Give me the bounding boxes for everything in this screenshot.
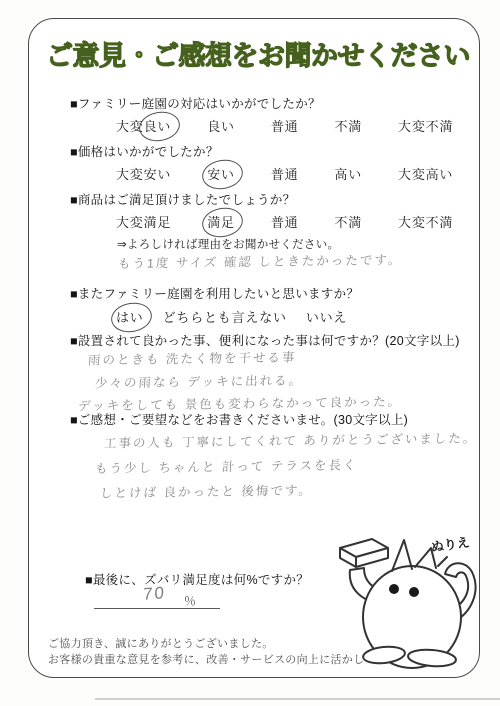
q3-option-very-dissatisfied: 大変不満 (398, 212, 453, 231)
q3-option-satisfied: 満足 (207, 215, 235, 230)
question-2-options: 大変安い 安い 普通 高い 大変高い (116, 164, 453, 183)
question-3-label: ■商品はご満足頂けましたでしょうか？ (70, 190, 295, 208)
question-6-handwritten-line2: もう少し ちゃんと 計って テラスを長く (95, 455, 359, 477)
question-5-label: ■設置されて良かった事、便利になった事は何ですか？(20文字以上) (70, 331, 460, 349)
q2-option-very-expensive: 大変高い (398, 164, 453, 183)
q1-option-very-dissatisfied: 大変不満 (398, 116, 453, 135)
form-title: ご意見・ご感想をお聞かせください (46, 34, 474, 73)
q2-option-expensive: 高い (334, 164, 362, 183)
q1-selected-circle: 良い (144, 116, 172, 135)
question-7-percent-sign: ％ (184, 592, 196, 609)
q2-selected-circle: 安い (207, 164, 235, 183)
q2-option-very-cheap: 大変安い (116, 164, 171, 183)
question-7-label: ■最後に、ズバリ満足度は何%ですか？ (85, 570, 309, 588)
question-1-options: 大変良い 良い 普通 不満 大変不満 (116, 116, 453, 135)
question-4-label: ■またファミリー庭園を利用したいと思いますか？ (70, 284, 359, 302)
q3-option-very-satisfied: 大変満足 (116, 212, 171, 231)
q3-option-dissatisfied: 不満 (334, 212, 362, 231)
mascot-character-illustration: ぬりえ (332, 518, 492, 683)
q4-option-yes: はい (116, 310, 144, 325)
scan-edge-line (95, 698, 500, 700)
question-5-handwritten-line1: 雨のときも 洗たく物を干せる事 (88, 348, 297, 369)
mascot-right-eye (409, 587, 419, 597)
question-3-followup: ⇒よろしければ理由をお聞かせください。 (117, 236, 339, 252)
q3-option-normal: 普通 (271, 212, 299, 231)
q1-option-normal: 普通 (271, 116, 299, 135)
mascot-brick-icon (340, 539, 388, 567)
q1-option-very-good: 大変良い (116, 116, 171, 135)
question-5-handwritten-line2: 少々の雨なら デッキに出れる。 (95, 371, 304, 392)
q3-selected-circle: 満足 (207, 212, 235, 231)
mascot-label: ぬりえ (430, 534, 471, 554)
q1-option-very-good-circled: 良い (144, 119, 172, 134)
question-7-handwritten-value: 70 (143, 583, 167, 605)
question-1-label: ■ファミリー庭園の対応はいかがでしたか？ (70, 94, 321, 112)
scanned-survey-page: ご意見・ご感想をお聞かせください ■ファミリー庭園の対応はいかがでしたか？ 大変… (0, 0, 500, 706)
mascot-left-eye (389, 584, 399, 594)
q4-selected-circle: はい (116, 307, 144, 326)
question-7-answer-underline (94, 608, 220, 609)
question-6-handwritten-line3: しとけば 良かったと 後悔です。 (100, 481, 314, 502)
question-6-label: ■ご感想・ご要望などをお書きくださいませ。(30文字以上) (70, 410, 408, 428)
footer-thanks-line1: ご協力頂き、誠にありがとうございました。 (48, 635, 274, 651)
q4-option-neither: どちらとも言えない (163, 307, 287, 326)
q2-option-cheap: 安い (207, 167, 235, 182)
q2-option-normal: 普通 (271, 164, 299, 183)
q1-option-good: 良い (207, 116, 235, 135)
q1-option-dissatisfied: 不満 (334, 116, 362, 135)
question-4-options: はい どちらとも言えない いいえ (116, 307, 347, 326)
q4-option-no: いいえ (306, 307, 347, 326)
question-2-label: ■価格はいかがでしたか？ (70, 142, 219, 160)
question-3-options: 大変満足 満足 普通 不満 大変不満 (116, 212, 453, 231)
